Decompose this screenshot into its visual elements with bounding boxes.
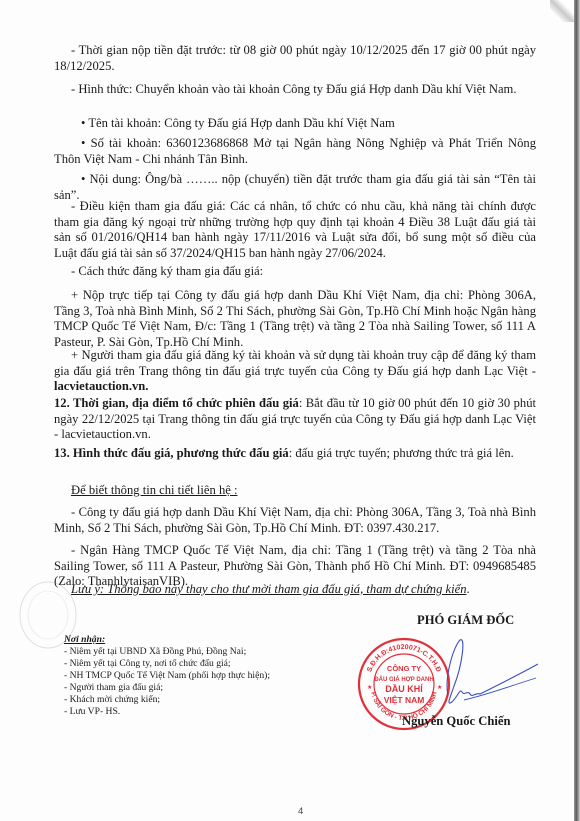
recipient-item: - Người tham gia đấu giá; [64, 682, 270, 694]
svg-text:ĐẤU GIÁ HỢP DANH: ĐẤU GIÁ HỢP DANH [374, 676, 433, 683]
contact-heading: Để biết thông tin chi tiết liên hệ : [54, 483, 536, 499]
paragraph-registration-direct: + Nộp trực tiếp tại Công ty đấu giá hợp … [54, 288, 536, 350]
scrollbar-edge [574, 0, 580, 821]
svg-text:CÔNG TY: CÔNG TY [387, 664, 421, 673]
section-12-heading: 12. Thời gian, địa điểm tổ chức phiên đấ… [54, 396, 299, 410]
svg-text:VIỆT NAM: VIỆT NAM [384, 694, 425, 705]
signature-icon [440, 636, 540, 716]
paragraph-account-number: • Số tài khoản: 6360123686868 Mở tại Ngâ… [54, 136, 536, 167]
page-curl-decoration [550, 0, 574, 22]
paragraph-registration-method: - Cách thức đăng ký tham gia đấu giá: [54, 264, 536, 280]
recipient-item: - NH TMCP Quốc Tế Việt Nam (phối hợp thự… [64, 670, 270, 682]
paragraph-eligibility: - Điều kiện tham gia đấu giá: Các cá nhâ… [54, 199, 536, 261]
svg-text:DẦU KHÍ: DẦU KHÍ [385, 684, 423, 694]
paragraph-registration-online: + Người tham gia đấu giá đăng ký tài kho… [54, 348, 536, 395]
paragraph-account-name: • Tên tài khoản: Công ty Đấu giá Hợp dan… [54, 116, 536, 132]
section-13: 13. Hình thức đấu giá, phương thức đấu g… [54, 446, 536, 462]
svg-text:★: ★ [367, 684, 372, 691]
recipients-heading: Nơi nhận: [64, 634, 270, 646]
signer-name: Nguyễn Quốc Chiến [402, 714, 510, 729]
website-link[interactable]: lacvietauction.vn. [54, 379, 148, 393]
note-end: . [467, 582, 470, 596]
page-number: 4 [298, 806, 303, 817]
paragraph-deposit-time: - Thời gian nộp tiền đặt trước: từ 08 gi… [54, 43, 536, 74]
recipient-item: - Khách mời chứng kiến; [64, 694, 270, 706]
recipients-list: Nơi nhận: - Niêm yết tại UBND Xã Đồng Ph… [64, 634, 270, 718]
contact-heading-text: Để biết thông tin chi tiết liên hệ : [71, 483, 237, 497]
signature-title: PHÓ GIÁM ĐỐC [417, 613, 514, 628]
document-page: - Thời gian nộp tiền đặt trước: từ 08 gi… [0, 0, 574, 821]
contact-company: - Công ty đấu giá hợp danh Dầu Khí Việt … [54, 505, 536, 536]
note-text: Lưu ý: Thông báo này thay cho thư mời th… [71, 582, 467, 596]
recipient-item: - Niêm yết tại Công ty, nơi tổ chức đấu … [64, 658, 270, 670]
recipient-item: - Niêm yết tại UBND Xã Đồng Phú, Đồng Na… [64, 646, 270, 658]
section-13-heading: 13. Hình thức đấu giá, phương thức đấu g… [54, 446, 289, 460]
note: Lưu ý: Thông báo này thay cho thư mời th… [54, 582, 536, 598]
section-12: 12. Thời gian, địa điểm tổ chức phiên đấ… [54, 396, 536, 443]
registration-online-text: + Người tham gia đấu giá đăng ký tài kho… [54, 348, 536, 378]
recipient-item: - Lưu VP- HS. [64, 706, 270, 718]
section-13-text: : đấu giá trực tuyến; phương thức trả gi… [289, 446, 514, 460]
paragraph-payment-method: - Hình thức: Chuyển khoản vào tài khoản … [54, 82, 536, 98]
